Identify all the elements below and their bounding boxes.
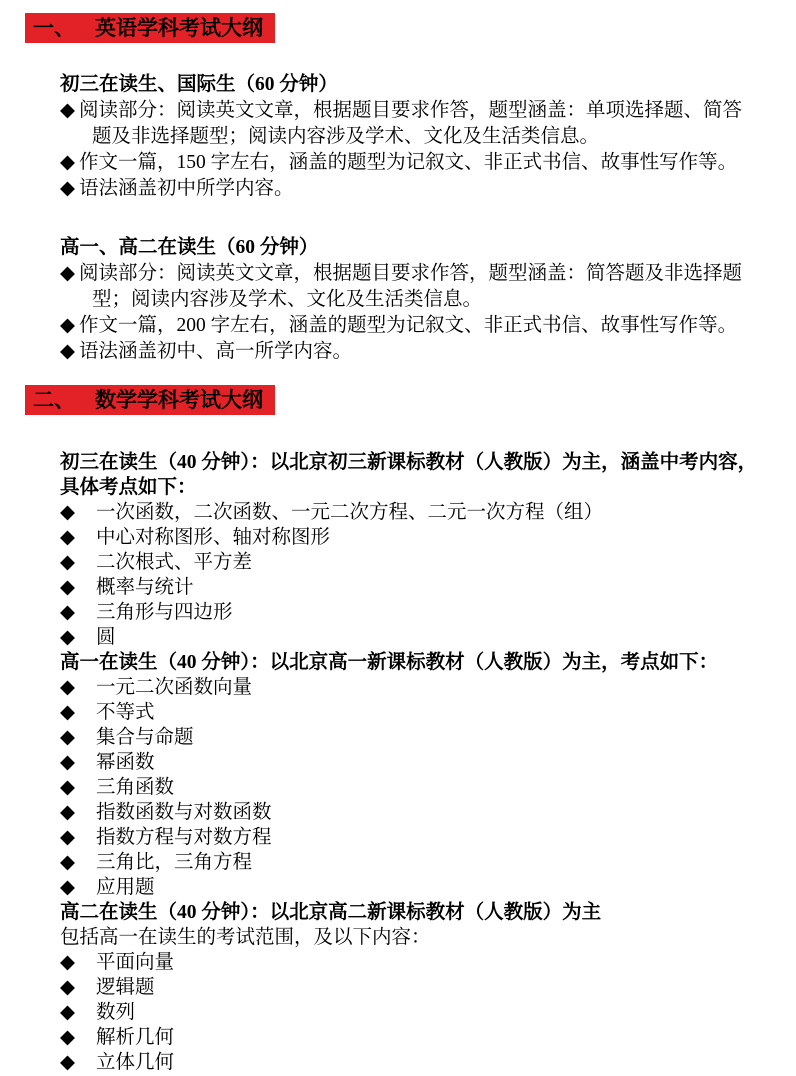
math-list-item: ◆二次根式、平方差 [60,550,786,575]
diamond-bullet-icon: ◆ [60,152,75,173]
bullet-line: ◆作文一篇，150 字左右，涵盖的题型为记叙文、非正式书信、故事性写作等。 [60,150,786,176]
diamond-bullet-icon: ◆ [60,600,96,625]
math-banner-row: 二、数学学科考试大纲 [25,385,796,415]
diamond-bullet-icon: ◆ [60,775,96,800]
math-list-item: ◆圆 [60,625,786,650]
diamond-bullet-icon: ◆ [60,875,96,900]
section-number: 一、 [33,16,95,40]
bullet-continuation-line: 题及非选择题型；阅读内容涉及学术、文化及生活类信息。 [60,124,786,150]
english-banner-row: 一、英语学科考试大纲 [25,0,796,43]
diamond-bullet-icon: ◆ [60,525,96,550]
list-item-text: 数列 [96,1002,135,1023]
list-item-text: 概率与统计 [96,577,194,598]
diamond-bullet-icon: ◆ [60,100,75,121]
english-senior-block: 高一、高二在读生（60 分钟） ◆阅读部分：阅读英文文章，根据题目要求作答，题型… [60,235,786,365]
bullet-line: ◆阅读部分：阅读英文文章，根据题目要求作答，题型涵盖：单项选择题、简答 [60,98,786,124]
diamond-bullet-icon: ◆ [60,315,75,336]
bullet-text: 作文一篇，150 字左右，涵盖的题型为记叙文、非正式书信、故事性写作等。 [79,152,737,173]
diamond-bullet-icon: ◆ [60,750,96,775]
diamond-bullet-icon: ◆ [60,700,96,725]
diamond-bullet-icon: ◆ [60,500,96,525]
english-junior-heading: 初三在读生、国际生（60 分钟） [60,72,786,98]
list-item-text: 一次函数，二次函数、一元二次方程、二元一次方程（组） [96,502,603,523]
diamond-bullet-icon: ◆ [60,550,96,575]
list-item-text: 幂函数 [96,752,155,773]
diamond-bullet-icon: ◆ [60,825,96,850]
english-junior-block: 初三在读生、国际生（60 分钟） ◆阅读部分：阅读英文文章，根据题目要求作答，题… [60,72,786,202]
bullet-text: 语法涵盖初中所学内容。 [79,178,294,199]
bullet-line: ◆语法涵盖初中所学内容。 [60,176,786,202]
bullet-text: 阅读部分：阅读英文文章，根据题目要求作答，题型涵盖：单项选择题、简答 [79,100,742,121]
math-list-item: ◆一元二次函数向量 [60,675,786,700]
math-list-item: ◆中心对称图形、轴对称图形 [60,525,786,550]
list-item-text: 三角比，三角方程 [96,852,252,873]
section-title: 英语学科考试大纲 [95,16,263,40]
math-grade10-heading: 高一在读生（40 分钟）：以北京高一新课标教材（人教版）为主，考点如下： [60,650,786,675]
section-number: 二、 [33,388,95,412]
bullet-continuation-line: 型；阅读内容涉及学术、文化及生活类信息。 [60,287,786,313]
math-list-item: ◆解析几何 [60,1025,786,1050]
math-grade9-heading-line1: 初三在读生（40 分钟）：以北京初三新课标教材（人教版）为主，涵盖中考内容， [60,450,786,475]
diamond-bullet-icon: ◆ [60,675,96,700]
math-list-item: ◆指数函数与对数函数 [60,800,786,825]
math-list-item: ◆数列 [60,1000,786,1025]
bullet-text: 阅读部分：阅读英文文章，根据题目要求作答，题型涵盖：简答题及非选择题 [79,263,742,284]
list-item-text: 平面向量 [96,952,174,973]
math-list-item: ◆平面向量 [60,950,786,975]
math-list-item: ◆不等式 [60,700,786,725]
english-section-banner: 一、英语学科考试大纲 [25,13,275,43]
math-grade11-subheading: 包括高一在读生的考试范围，及以下内容： [60,925,786,950]
list-item-text: 圆 [96,627,116,648]
diamond-bullet-icon: ◆ [60,850,96,875]
list-item-text: 中心对称图形、轴对称图形 [96,527,330,548]
bullet-text: 题及非选择题型；阅读内容涉及学术、文化及生活类信息。 [92,126,599,147]
diamond-bullet-icon: ◆ [60,800,96,825]
bullet-line: ◆阅读部分：阅读英文文章，根据题目要求作答，题型涵盖：简答题及非选择题 [60,261,786,287]
math-grade11-heading: 高二在读生（40 分钟）：以北京高二新课标教材（人教版）为主 [60,900,786,925]
list-item-text: 立体几何 [96,1052,174,1073]
math-list-item: ◆概率与统计 [60,575,786,600]
bullet-text: 作文一篇，200 字左右，涵盖的题型为记叙文、非正式书信、故事性写作等。 [79,315,737,336]
english-senior-heading: 高一、高二在读生（60 分钟） [60,235,786,261]
math-list-item: ◆立体几何 [60,1050,786,1075]
diamond-bullet-icon: ◆ [60,341,75,362]
math-section-banner: 二、数学学科考试大纲 [25,385,275,415]
math-list-item: ◆逻辑题 [60,975,786,1000]
diamond-bullet-icon: ◆ [60,625,96,650]
math-list-item: ◆集合与命题 [60,725,786,750]
list-item-text: 三角函数 [96,777,174,798]
diamond-bullet-icon: ◆ [60,178,75,199]
section-title: 数学学科考试大纲 [95,388,263,412]
list-item-text: 二次根式、平方差 [96,552,252,573]
math-grade9-heading-line2: 具体考点如下： [60,475,786,500]
math-block: 初三在读生（40 分钟）：以北京初三新课标教材（人教版）为主，涵盖中考内容， 具… [60,450,786,1075]
bullet-text: 型；阅读内容涉及学术、文化及生活类信息。 [92,289,482,310]
list-item-text: 逻辑题 [96,977,155,998]
math-list-item: ◆幂函数 [60,750,786,775]
list-item-text: 指数函数与对数函数 [96,802,272,823]
diamond-bullet-icon: ◆ [60,263,75,284]
math-list-item: ◆三角形与四边形 [60,600,786,625]
list-item-text: 解析几何 [96,1027,174,1048]
list-item-text: 一元二次函数向量 [96,677,252,698]
list-item-text: 三角形与四边形 [96,602,233,623]
math-list-item: ◆应用题 [60,875,786,900]
diamond-bullet-icon: ◆ [60,975,96,1000]
diamond-bullet-icon: ◆ [60,575,96,600]
bullet-line: ◆作文一篇，200 字左右，涵盖的题型为记叙文、非正式书信、故事性写作等。 [60,313,786,339]
list-item-text: 集合与命题 [96,727,194,748]
bullet-line: ◆语法涵盖初中、高一所学内容。 [60,339,786,365]
diamond-bullet-icon: ◆ [60,950,96,975]
list-item-text: 应用题 [96,877,155,898]
math-list-item: ◆三角比，三角方程 [60,850,786,875]
math-list-item: ◆三角函数 [60,775,786,800]
diamond-bullet-icon: ◆ [60,1050,96,1075]
math-list-item: ◆指数方程与对数方程 [60,825,786,850]
list-item-text: 指数方程与对数方程 [96,827,272,848]
diamond-bullet-icon: ◆ [60,725,96,750]
math-list-item: ◆一次函数，二次函数、一元二次方程、二元一次方程（组） [60,500,786,525]
diamond-bullet-icon: ◆ [60,1025,96,1050]
bullet-text: 语法涵盖初中、高一所学内容。 [79,341,352,362]
diamond-bullet-icon: ◆ [60,1000,96,1025]
list-item-text: 不等式 [96,702,155,723]
document-page: { "colors": { "banner_bg": "#e32227", "b… [0,0,796,1076]
